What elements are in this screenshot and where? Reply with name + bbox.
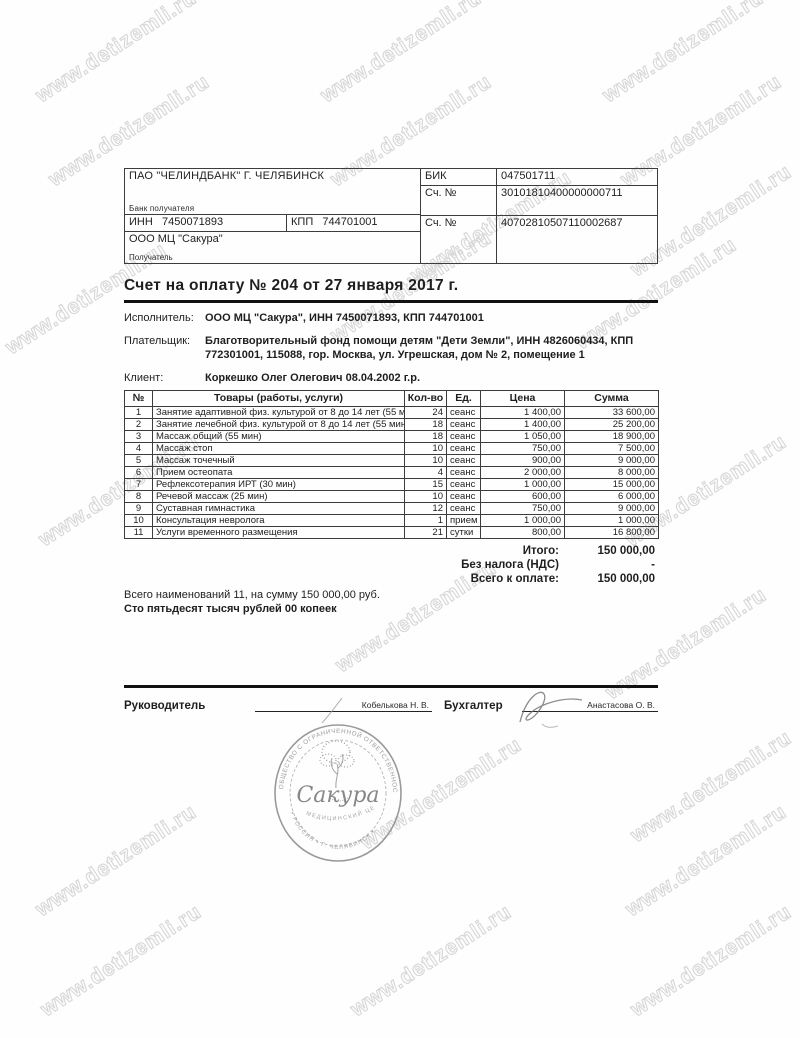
bank-name-cell: ПАО "ЧЕЛИНДБАНК" Г. ЧЕЛЯБИНСК Банк получ… — [124, 168, 421, 215]
corr-account-label: Сч. № — [425, 187, 456, 199]
watermark-text: www.detizemli.ru — [37, 900, 207, 1022]
accountant-name: Анастасова О. В. — [587, 700, 655, 710]
table-cell: 18 — [405, 419, 447, 431]
table-cell: 2 000,00 — [481, 467, 565, 479]
corr-account-value-cell: 30101810400000000711 — [496, 185, 658, 216]
items-tbody: 1Занятие адаптивной физ. культурой от 8 … — [125, 407, 659, 539]
column-header: Ед. — [447, 391, 481, 407]
table-cell: 10 — [405, 455, 447, 467]
table-cell: 33 600,00 — [565, 407, 659, 419]
table-cell: 800,00 — [481, 527, 565, 539]
table-cell: сеанс — [447, 455, 481, 467]
table-cell: 1 — [405, 515, 447, 527]
table-cell: Речевой массаж (25 мин) — [153, 491, 405, 503]
executor-label: Исполнитель: — [124, 311, 205, 325]
table-cell: 11 — [125, 527, 153, 539]
subtotal-row: Итого: 150 000,00 — [124, 544, 658, 558]
accountant-signature-ink — [512, 684, 592, 730]
table-cell: 16 800,00 — [565, 527, 659, 539]
table-cell: 1 000,00 — [481, 515, 565, 527]
column-header: № — [125, 391, 153, 407]
subtotal-value: 150 000,00 — [559, 544, 658, 558]
table-row: 6Прием остеопата4сеанс2 000,008 000,00 — [125, 467, 659, 479]
account-label-cell: Сч. № — [420, 215, 497, 264]
table-cell: 10 — [405, 443, 447, 455]
table-cell: 7 — [125, 479, 153, 491]
tax-value: - — [559, 558, 658, 572]
table-cell: Суставная гимнастика — [153, 503, 405, 515]
table-cell: 10 — [405, 491, 447, 503]
table-cell: 7 500,00 — [565, 443, 659, 455]
table-cell: 9 — [125, 503, 153, 515]
table-cell: Занятие лечебной физ. культурой от 8 до … — [153, 419, 405, 431]
table-cell: Массаж стоп — [153, 443, 405, 455]
table-cell: 21 — [405, 527, 447, 539]
grand-total-label: Всего к оплате: — [471, 572, 559, 586]
table-cell: сеанс — [447, 467, 481, 479]
client-label: Клиент: — [124, 371, 205, 385]
table-cell: 24 — [405, 407, 447, 419]
table-cell: прием — [447, 515, 481, 527]
kpp-value: 744701001 — [322, 216, 377, 228]
bik-value-cell: 047501711 — [496, 168, 658, 186]
tax-row: Без налога (НДС) - — [124, 558, 658, 572]
corr-account-label-cell: Сч. № — [420, 185, 497, 216]
table-cell: Услуги временного размещения — [153, 527, 405, 539]
table-cell: сеанс — [447, 503, 481, 515]
table-cell: Прием остеопата — [153, 467, 405, 479]
table-cell: 1 000,00 — [565, 515, 659, 527]
table-cell: сеанс — [447, 479, 481, 491]
recipient-label: Получатель — [129, 253, 173, 262]
items-header-row: №Товары (работы, услуги)Кол-воЕд.ЦенаСум… — [125, 391, 659, 407]
table-cell: сеанс — [447, 419, 481, 431]
items-table: №Товары (работы, услуги)Кол-воЕд.ЦенаСум… — [124, 390, 659, 539]
payer-value: Благотворительный фонд помощи детям "Дет… — [205, 334, 633, 362]
kpp-label: КПП — [291, 216, 313, 228]
director-label: Руководитель — [124, 700, 255, 712]
grand-total-row: Всего к оплате: 150 000,00 — [124, 572, 658, 586]
table-row: 9Суставная гимнастика12сеанс750,009 000,… — [125, 503, 659, 515]
table-row: 11Услуги временного размещения21сутки800… — [125, 527, 659, 539]
table-cell: 6 — [125, 467, 153, 479]
table-cell: сеанс — [447, 431, 481, 443]
table-cell: 1 — [125, 407, 153, 419]
table-row: 1Занятие адаптивной физ. культурой от 8 … — [125, 407, 659, 419]
amount-in-words: Сто пятьдесят тысяч рублей 00 копеек — [124, 602, 658, 616]
table-cell: 4 — [405, 467, 447, 479]
items-summary: Всего наименований 11, на сумму 150 000,… — [124, 588, 658, 602]
watermark-text: www.detizemli.ru — [627, 900, 797, 1022]
table-row: 3Массаж общий (55 мин)18сеанс1 050,0018 … — [125, 431, 659, 443]
table-cell: 25 200,00 — [565, 419, 659, 431]
table-cell: 750,00 — [481, 443, 565, 455]
table-cell: 15 000,00 — [565, 479, 659, 491]
title-divider — [124, 300, 658, 303]
corr-account-value: 30101810400000000711 — [501, 187, 623, 199]
executor-value: ООО МЦ "Сакура", ИНН 7450071893, КПП 744… — [205, 311, 484, 325]
table-cell: Рефлексотерапия ИРТ (30 мин) — [153, 479, 405, 491]
table-cell: Массаж точечный — [153, 455, 405, 467]
invoice-title: Счет на оплату № 204 от 27 января 2017 г… — [124, 277, 658, 295]
table-cell: 8 — [125, 491, 153, 503]
table-row: 8Речевой массаж (25 мин)10сеанс600,006 0… — [125, 491, 659, 503]
table-cell: 750,00 — [481, 503, 565, 515]
table-cell: сеанс — [447, 491, 481, 503]
table-row: 2Занятие лечебной физ. культурой от 8 до… — [125, 419, 659, 431]
column-header: Цена — [481, 391, 565, 407]
account-label: Сч. № — [425, 217, 456, 229]
account-value: 40702810507110002687 — [501, 217, 623, 229]
watermark-text: www.detizemli.ru — [347, 900, 517, 1022]
inn-value: 7450071893 — [162, 216, 223, 228]
accountant-label: Бухгалтер — [444, 700, 522, 712]
table-row: 10Консультация невролога1прием1 000,001 … — [125, 515, 659, 527]
account-value-cell: 40702810507110002687 — [496, 215, 658, 264]
watermark-text: www.detizemli.ru — [32, 800, 202, 922]
payer-label: Плательщик: — [124, 334, 205, 362]
table-cell: 12 — [405, 503, 447, 515]
table-cell: 1 000,00 — [481, 479, 565, 491]
invoice-document: ПАО "ЧЕЛИНДБАНК" Г. ЧЕЛЯБИНСК Банк получ… — [124, 168, 658, 712]
company-stamp: ОБЩЕСТВО С ОГРАНИЧЕННОЙ ОТВЕТСТВЕННОСТЬЮ… — [270, 720, 406, 866]
table-cell: сеанс — [447, 407, 481, 419]
parties-block: Исполнитель: ООО МЦ "Сакура", ИНН 745007… — [124, 311, 658, 385]
recipient-name: ООО МЦ "Сакура" — [129, 233, 223, 245]
table-row: 7Рефлексотерапия ИРТ (30 мин)15сеанс1 00… — [125, 479, 659, 491]
table-cell: 9 000,00 — [565, 455, 659, 467]
table-cell: Массаж общий (55 мин) — [153, 431, 405, 443]
subtotal-label: Итого: — [523, 544, 559, 558]
table-cell: 18 — [405, 431, 447, 443]
bank-name: ПАО "ЧЕЛИНДБАНК" Г. ЧЕЛЯБИНСК — [129, 170, 324, 182]
stamp-center-text: Сакура — [296, 783, 379, 808]
bik-value: 047501711 — [501, 170, 555, 182]
table-cell: 9 000,00 — [565, 503, 659, 515]
column-header: Сумма — [565, 391, 659, 407]
grand-total-value: 150 000,00 — [559, 572, 658, 586]
table-cell: Занятие адаптивной физ. культурой от 8 д… — [153, 407, 405, 419]
inn-cell: ИНН 7450071893 — [124, 214, 287, 232]
table-cell: сеанс — [447, 443, 481, 455]
table-cell: 5 — [125, 455, 153, 467]
table-cell: 600,00 — [481, 491, 565, 503]
summary-block: Всего наименований 11, на сумму 150 000,… — [124, 588, 658, 616]
kpp-cell: КПП 744701001 — [286, 214, 421, 232]
table-row: 5Массаж точечный10сеанс900,009 000,00 — [125, 455, 659, 467]
recipient-cell: ООО МЦ "Сакура" Получатель — [124, 231, 421, 264]
table-cell: 3 — [125, 431, 153, 443]
bank-label: Банк получателя — [129, 204, 194, 213]
table-cell: сутки — [447, 527, 481, 539]
table-cell: 1 400,00 — [481, 407, 565, 419]
scanned-invoice-page: { "watermark": { "text": "www.detizemli.… — [0, 0, 800, 1038]
client-value: Коркешко Олег Олегович 08.04.2002 г.р. — [205, 371, 420, 385]
bank-requisites-table: ПАО "ЧЕЛИНДБАНК" Г. ЧЕЛЯБИНСК Банк получ… — [124, 168, 658, 264]
table-cell: 2 — [125, 419, 153, 431]
table-cell: 4 — [125, 443, 153, 455]
table-cell: 6 000,00 — [565, 491, 659, 503]
column-header: Товары (работы, услуги) — [153, 391, 405, 407]
table-cell: Консультация невролога — [153, 515, 405, 527]
client-row: Клиент: Коркешко Олег Олегович 08.04.200… — [124, 371, 658, 385]
bik-label: БИК — [425, 170, 447, 182]
table-cell: 18 900,00 — [565, 431, 659, 443]
totals-block: Итого: 150 000,00 Без налога (НДС) - Все… — [124, 544, 658, 586]
executor-row: Исполнитель: ООО МЦ "Сакура", ИНН 745007… — [124, 311, 658, 325]
tax-label: Без налога (НДС) — [461, 558, 559, 572]
table-cell: 15 — [405, 479, 447, 491]
inn-label: ИНН — [129, 216, 153, 228]
director-name: Кобелькова Н. В. — [362, 700, 429, 710]
bik-label-cell: БИК — [420, 168, 497, 186]
table-cell: 1 050,00 — [481, 431, 565, 443]
table-cell: 1 400,00 — [481, 419, 565, 431]
payer-row: Плательщик: Благотворительный фонд помощ… — [124, 334, 658, 362]
table-cell: 8 000,00 — [565, 467, 659, 479]
column-header: Кол-во — [405, 391, 447, 407]
table-cell: 900,00 — [481, 455, 565, 467]
table-cell: 10 — [125, 515, 153, 527]
table-row: 4Массаж стоп10сеанс750,007 500,00 — [125, 443, 659, 455]
